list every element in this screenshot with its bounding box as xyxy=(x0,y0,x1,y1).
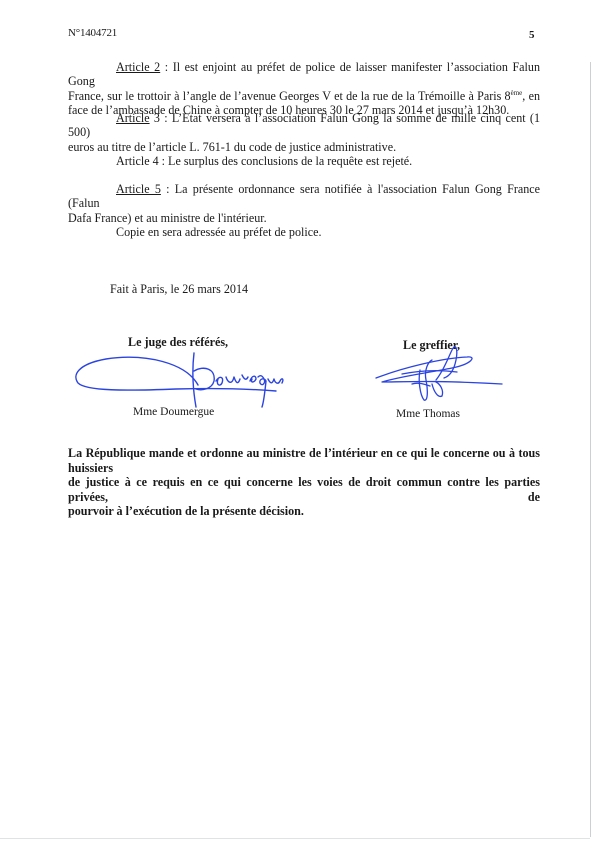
executory-formula: La République mande et ordonne au minist… xyxy=(68,446,540,519)
article-4: Article 4 : Le surplus des conclusions d… xyxy=(116,154,412,168)
article-2: Article 2 : Il est enjoint au préfet de … xyxy=(68,60,540,118)
judge-signature-icon xyxy=(66,345,286,415)
clerk-signature-icon xyxy=(372,340,512,410)
article-5-label: Article 5 xyxy=(116,182,161,196)
article-3: Article 3 : L’Etat versera à l’associati… xyxy=(68,111,540,154)
page-edge-right xyxy=(590,62,591,837)
article-3-label: Article xyxy=(116,111,150,125)
judge-name: Mme Doumergue xyxy=(133,406,214,418)
page-edge-bottom xyxy=(0,838,590,839)
clerk-name: Mme Thomas xyxy=(396,408,460,420)
place-date: Fait à Paris, le 26 mars 2014 xyxy=(110,282,248,297)
document-page: N°1404721 5 Article 2 : Il est enjoint a… xyxy=(0,0,595,842)
case-number: N°1404721 xyxy=(68,27,117,39)
article-5: Article 5 : La présente ordonnance sera … xyxy=(68,182,540,225)
page-number: 5 xyxy=(529,29,535,41)
copy-notice: Copie en sera adressée au préfet de poli… xyxy=(116,225,322,239)
article-2-label: Article 2 xyxy=(116,60,160,74)
